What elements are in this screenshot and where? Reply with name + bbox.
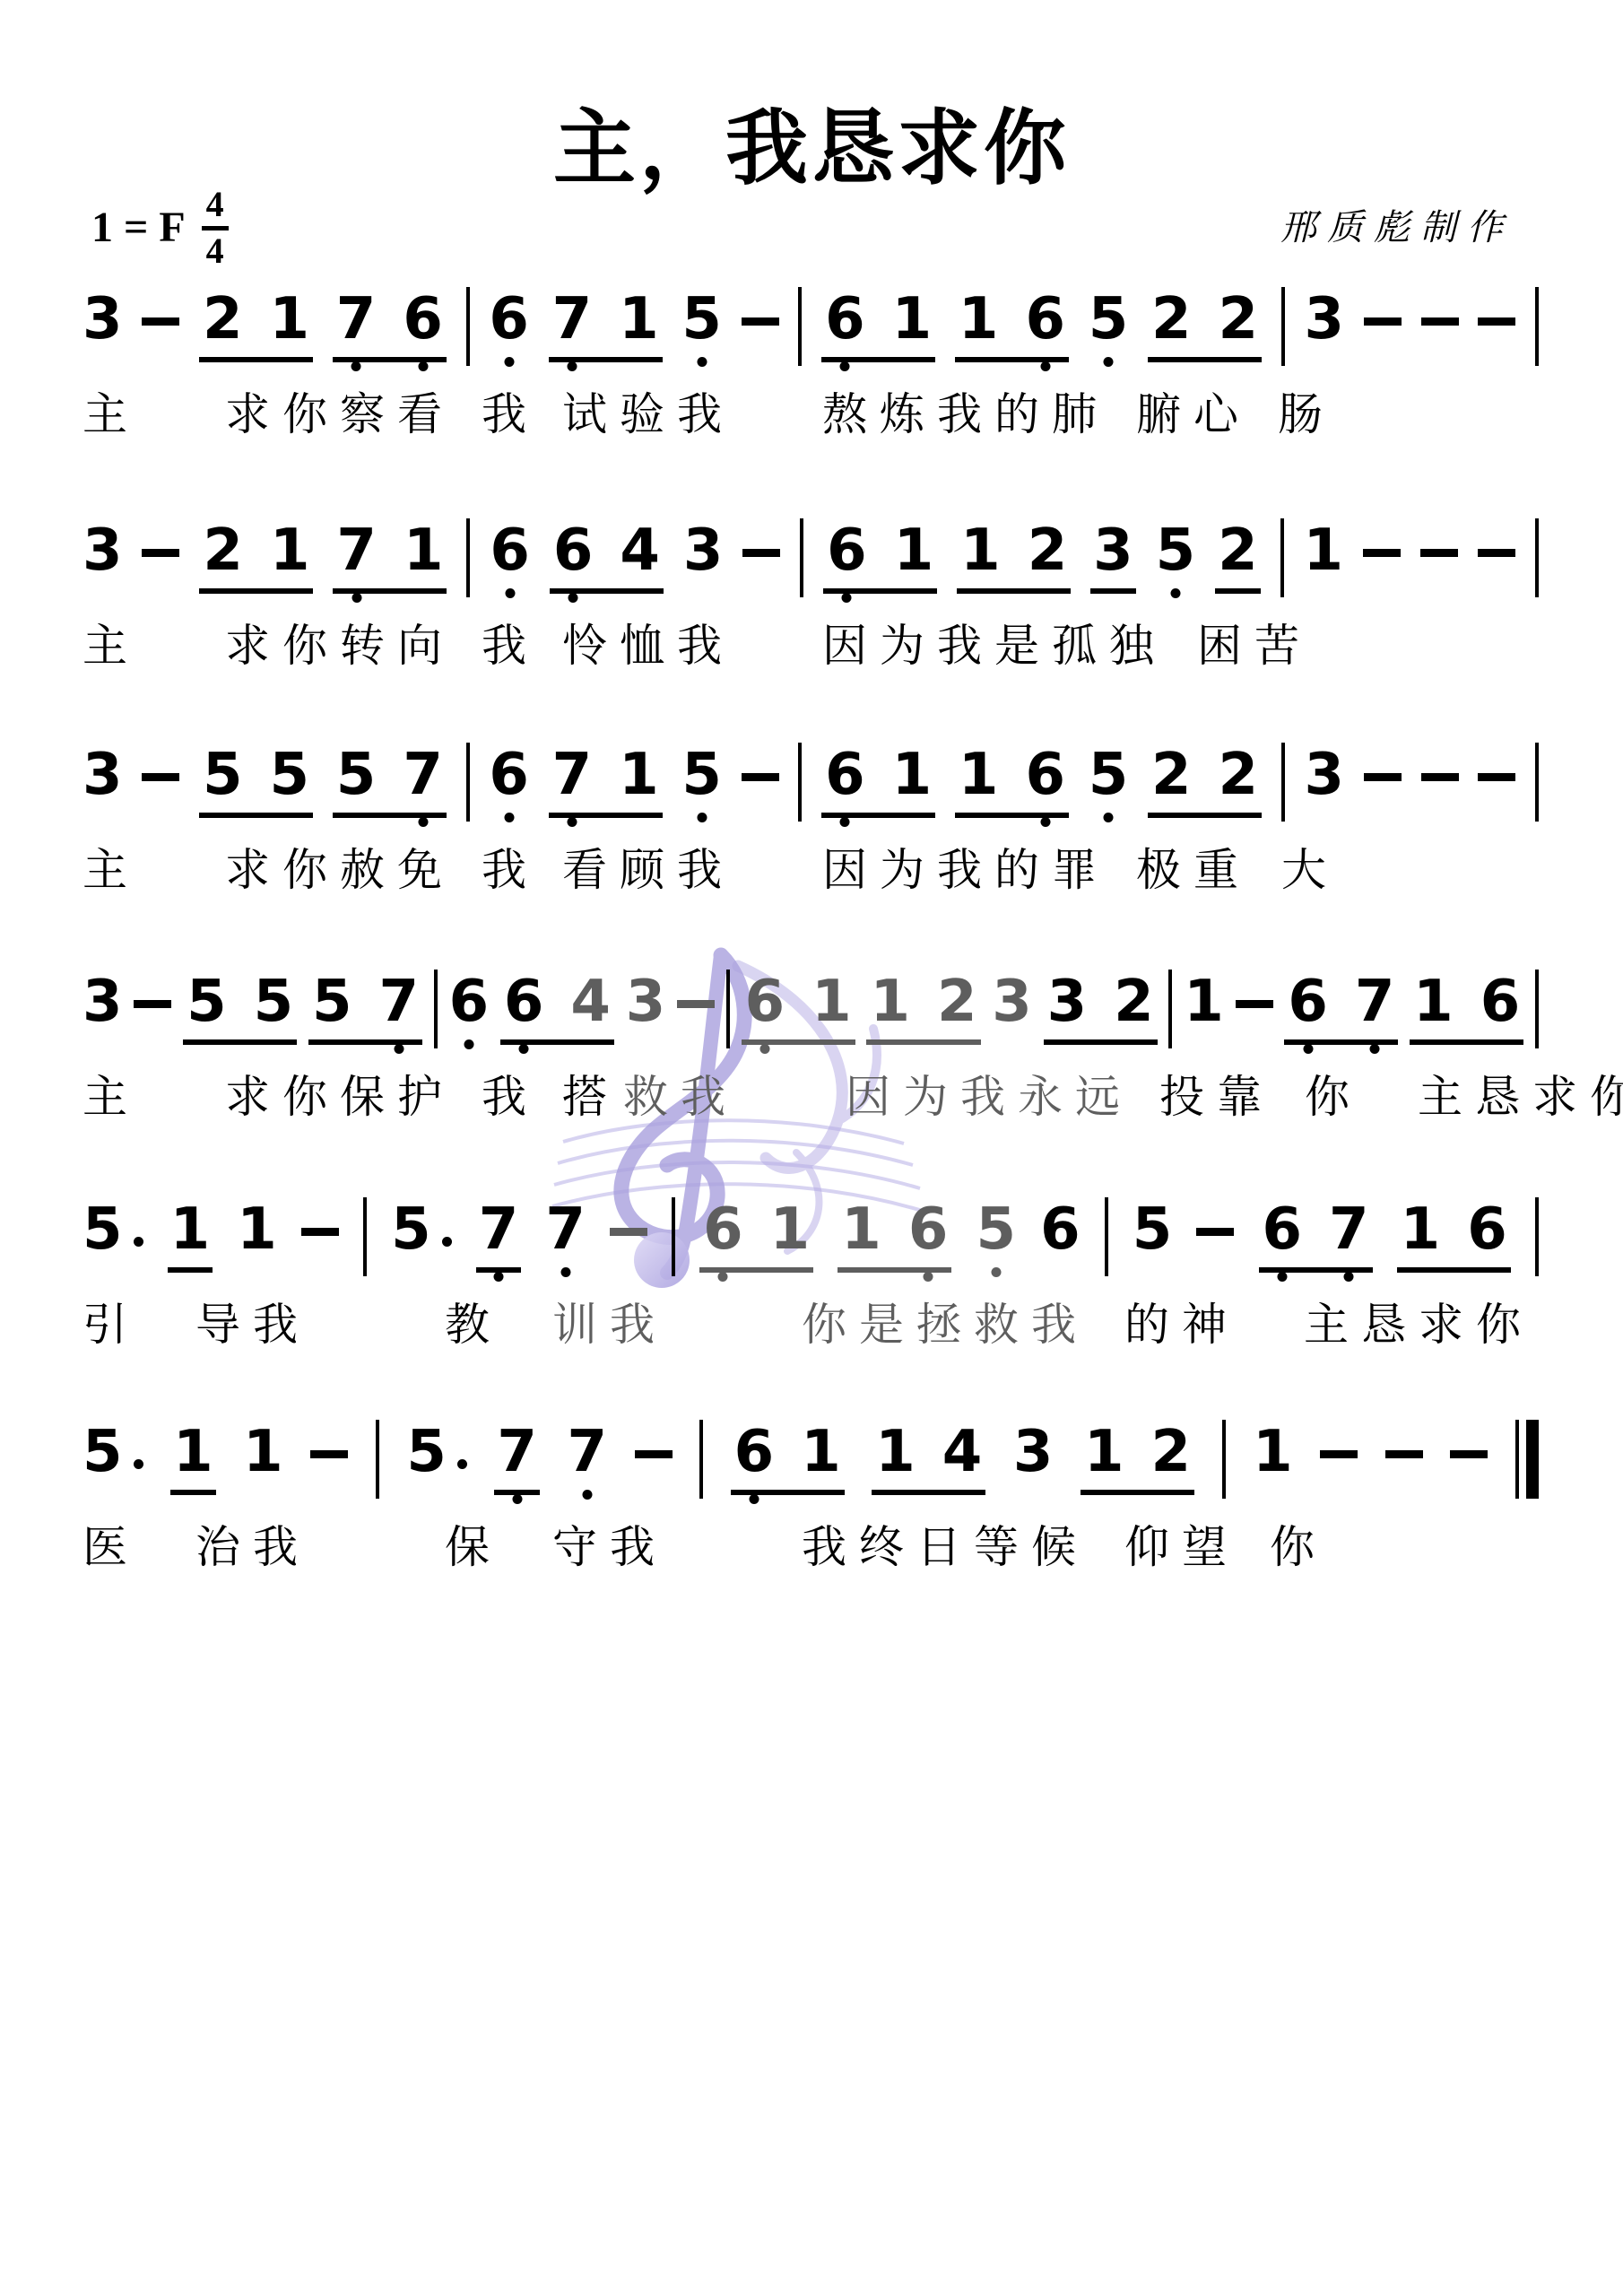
note: 3: [82, 746, 123, 804]
beam-group: 22: [1148, 291, 1262, 362]
note: 2: [1215, 522, 1261, 594]
note: 3: [683, 522, 724, 579]
note-digit: 5: [82, 1201, 123, 1258]
lyric-chunk: 因为我是孤独: [822, 621, 1167, 673]
note: 1: [1304, 522, 1344, 579]
lyric-chunk: 求你转向: [225, 621, 455, 673]
note: 5: [976, 1201, 1016, 1258]
lyric-chunk: 我: [482, 1072, 539, 1124]
barline: [434, 970, 438, 1048]
beam-group: 55: [199, 746, 313, 818]
low-octave-dot: [840, 361, 850, 371]
note: 5: [391, 1201, 452, 1258]
lyric-chunk: 导我: [195, 1300, 310, 1352]
barline: [1281, 743, 1285, 822]
lyrics-row: 医治我保守我我终日等候仰望你: [82, 1522, 1539, 1574]
note: 6: [490, 522, 530, 579]
note-digit: 1: [959, 291, 999, 348]
note-digit: 6: [825, 291, 865, 348]
beam-group: 55: [183, 973, 297, 1045]
duration-dash: [1478, 549, 1515, 557]
sheet-music-page: 主，我恳求你 1 = F 4 4 邢质彪制作 32176671561165223…: [0, 0, 1623, 2296]
note: 6: [449, 973, 490, 1031]
barline: [1281, 287, 1285, 366]
note-digit: 7: [403, 746, 443, 804]
note-digit: 1: [811, 973, 852, 1031]
duration-dash: [1236, 1000, 1273, 1008]
note-digit: 6: [489, 746, 529, 804]
beam-group: 61: [699, 1201, 813, 1273]
note-digit: 7: [567, 1423, 607, 1481]
low-octave-dot: [759, 1044, 769, 1054]
note: 1: [168, 1201, 213, 1273]
lyric-chunk: 训我: [552, 1300, 667, 1352]
lyric-chunk: 投靠: [1159, 1072, 1274, 1124]
barline: [466, 743, 470, 822]
note-digit: 1: [619, 291, 659, 348]
note-digit: 1: [870, 973, 910, 1031]
duration-dash: [134, 1000, 171, 1008]
note-digit: 5: [976, 1201, 1016, 1258]
note-digit: 1: [619, 746, 659, 804]
note-digit: 1: [173, 1423, 213, 1481]
note-digit: 2: [1218, 522, 1258, 579]
note-digit: 1: [894, 522, 934, 579]
note-digit: 7: [336, 291, 377, 348]
key-label: 1 = F: [91, 206, 186, 249]
beam-group: 16: [1397, 1201, 1511, 1273]
duration-dash: [142, 773, 179, 781]
lyric-chunk: 因为我永远: [846, 1072, 1133, 1124]
note-digit: 5: [681, 291, 722, 348]
beam-group: 12: [957, 522, 1071, 594]
note-digit: 1: [960, 522, 1001, 579]
augmentation-dot: [457, 1459, 467, 1469]
note-digit: 6: [1480, 973, 1521, 1031]
note-digit: 7: [497, 1423, 537, 1481]
note-digit: 6: [490, 522, 530, 579]
low-octave-dot: [1040, 817, 1050, 827]
low-octave-dot: [418, 361, 428, 371]
low-octave-dot: [567, 817, 577, 827]
music-line-6: 51157761143121医治我保守我我终日等候仰望你: [82, 1423, 1539, 1574]
note-digit: 5: [1089, 291, 1129, 348]
note: 5: [1156, 522, 1196, 579]
note: 7: [494, 1423, 540, 1495]
note: 6: [489, 746, 529, 804]
note-digit: 1: [1253, 1423, 1293, 1481]
note-digit: 5: [406, 1423, 447, 1481]
note-digit: 6: [734, 1423, 775, 1481]
beam-group: 14: [872, 1423, 985, 1495]
note-digit: 6: [403, 291, 443, 348]
note: 3: [626, 973, 666, 1031]
note-digit: 5: [391, 1201, 431, 1258]
duration-dash: [301, 1228, 339, 1236]
beam-group: 12: [866, 973, 980, 1045]
note-digit: 3: [1047, 973, 1088, 1031]
lyric-chunk: 求你赦免: [225, 845, 455, 897]
note-digit: 6: [1040, 1201, 1081, 1258]
duration-dash: [1385, 1450, 1423, 1458]
low-octave-dot: [493, 1272, 503, 1282]
note-digit: 1: [801, 1423, 841, 1481]
lyric-chunk: 救我: [623, 1072, 738, 1124]
lyric-chunk: 引: [82, 1300, 140, 1352]
low-octave-dot: [1303, 1044, 1313, 1054]
duration-dash: [742, 773, 779, 781]
low-octave-dot: [352, 361, 361, 371]
note-digit: 4: [570, 973, 611, 1031]
note-digit: 1: [1304, 522, 1344, 579]
song-title: 主，我恳求你: [0, 83, 1623, 201]
beam-group: 67: [1259, 1201, 1373, 1273]
final-barline: [1515, 1420, 1539, 1499]
lyric-chunk: 医: [82, 1522, 140, 1574]
beam-group: 64: [550, 522, 664, 594]
lyric-chunk: 主: [82, 621, 140, 673]
duration-dash: [1421, 773, 1459, 781]
low-octave-dot: [924, 1272, 933, 1282]
note: 3: [1305, 746, 1345, 804]
note: 5: [1133, 1201, 1173, 1258]
lyric-chunk: 保: [445, 1522, 502, 1574]
barline: [800, 518, 803, 597]
duration-dash: [742, 317, 779, 326]
barline: [1280, 518, 1284, 597]
note-digit: 5: [187, 973, 227, 1031]
note-digit: 6: [908, 1201, 949, 1258]
beam-group: 61: [731, 1423, 845, 1495]
note-digit: 6: [1467, 1201, 1507, 1258]
note-digit: 2: [1151, 746, 1192, 804]
low-octave-dot: [560, 1267, 570, 1277]
beam-group: 76: [333, 291, 447, 362]
note-digit: 2: [937, 973, 977, 1031]
low-octave-dot: [1103, 813, 1113, 822]
note-digit: 1: [959, 746, 999, 804]
beam-group: 16: [955, 291, 1069, 362]
low-octave-dot: [519, 1044, 529, 1054]
beam-group: 32: [1044, 973, 1158, 1045]
lyric-chunk: 熬炼我的肺: [822, 389, 1109, 441]
beam-group: 57: [333, 746, 447, 818]
low-octave-dot: [512, 1494, 522, 1504]
note-digit: 1: [1401, 1201, 1441, 1258]
note: 3: [82, 291, 123, 348]
note: 1: [1253, 1423, 1293, 1481]
note-digit: 1: [875, 1423, 916, 1481]
barline: [466, 518, 470, 597]
barline: [798, 287, 802, 366]
note-digit: 4: [942, 1423, 983, 1481]
note-digit: 3: [1093, 522, 1133, 579]
notes-row: 51157761165656716: [82, 1201, 1539, 1276]
note-digit: 4: [620, 522, 660, 579]
note-digit: 2: [203, 522, 243, 579]
note: 3: [992, 973, 1032, 1031]
final-barline-thick: [1526, 1420, 1539, 1499]
note-digit: 6: [553, 522, 594, 579]
lyric-chunk: 求你保护: [225, 1072, 455, 1124]
note-digit: 7: [1329, 1201, 1369, 1258]
beam-group: 61: [742, 973, 855, 1045]
lyric-chunk: 搭: [562, 1072, 620, 1124]
lyric-chunk: 守我: [552, 1522, 667, 1574]
lyric-chunk: 我: [482, 621, 539, 673]
barline: [672, 1197, 675, 1276]
time-signature-numerator: 4: [202, 187, 229, 230]
beam-group: 16: [1410, 973, 1523, 1045]
barline: [466, 287, 470, 366]
duration-dash: [1478, 773, 1515, 781]
low-octave-dot: [464, 1039, 473, 1049]
note-digit: 6: [1025, 291, 1065, 348]
note-digit: 6: [827, 522, 867, 579]
duration-dash: [635, 1450, 673, 1458]
beam-group: 16: [955, 746, 1069, 818]
barline: [798, 743, 802, 822]
note: 6: [1040, 1201, 1081, 1258]
barline: [1535, 1197, 1539, 1276]
low-octave-dot: [718, 1272, 728, 1282]
note-digit: 5: [1133, 1201, 1173, 1258]
note-digit: 5: [270, 746, 310, 804]
barline: [1168, 970, 1172, 1048]
low-octave-dot: [840, 817, 850, 827]
note-digit: 1: [237, 1201, 277, 1258]
beam-group: 21: [199, 291, 313, 362]
note-digit: 3: [1305, 746, 1345, 804]
notes-row: 51157761143121: [82, 1423, 1539, 1499]
music-line-3: 35557671561165223主求你赦免我看顾我因为我的罪极重大: [82, 746, 1539, 897]
lyric-chunk: 仰望: [1124, 1522, 1239, 1574]
lyric-chunk: 极重: [1136, 845, 1251, 897]
note: 5: [82, 1201, 143, 1258]
notes-row: 32176671561165223: [82, 291, 1539, 366]
low-octave-dot: [394, 1044, 404, 1054]
arranger-credit: 邢质彪制作: [1280, 199, 1514, 250]
barline: [1535, 743, 1539, 822]
beam-group: 57: [308, 973, 422, 1045]
note-digit: 3: [82, 522, 123, 579]
note-digit: 1: [892, 291, 933, 348]
note-digit: 2: [203, 291, 243, 348]
lyric-chunk: 你是拯救我: [802, 1300, 1089, 1352]
note: 3: [82, 973, 123, 1031]
duration-dash: [142, 317, 179, 326]
low-octave-dot: [749, 1494, 759, 1504]
beam-group: 67: [1284, 973, 1398, 1045]
time-signature-denominator: 4: [206, 230, 224, 270]
note: 5: [406, 1423, 467, 1481]
note-digit: 7: [378, 973, 419, 1031]
notes-row: 355576643611233216716: [82, 973, 1539, 1048]
notes-row: 32171664361123521: [82, 522, 1539, 597]
lyric-chunk: 肠: [1278, 389, 1335, 441]
note-digit: 1: [892, 746, 933, 804]
lyric-chunk: 主恳求你: [1304, 1300, 1533, 1352]
lyric-chunk: 大: [1281, 845, 1339, 897]
lyric-chunk: 我: [482, 389, 539, 441]
note-digit: 6: [504, 973, 544, 1031]
note-digit: 7: [336, 522, 377, 579]
lyric-chunk: 因为我的罪: [822, 845, 1109, 897]
note-digit: 5: [312, 973, 352, 1031]
note-digit: 5: [336, 746, 377, 804]
augmentation-dot: [134, 1237, 143, 1247]
augmentation-dot: [134, 1459, 143, 1469]
note-digit: 3: [82, 291, 123, 348]
note-digit: 3: [82, 973, 123, 1031]
note-digit: 3: [1305, 291, 1345, 348]
lyric-chunk: 试验我: [562, 389, 734, 441]
note-digit: 1: [404, 522, 444, 579]
lyric-chunk: 主: [82, 845, 140, 897]
lyric-chunk: 我终日等候: [802, 1522, 1089, 1574]
note-digit: 5: [203, 746, 243, 804]
note-digit: 5: [1156, 522, 1196, 579]
beam-group: 71: [549, 746, 663, 818]
note-digit: 1: [243, 1423, 283, 1481]
note-digit: 2: [1150, 1423, 1191, 1481]
note-digit: 6: [449, 973, 490, 1031]
duration-dash: [1421, 317, 1459, 326]
note: 7: [545, 1201, 586, 1258]
note-digit: 7: [552, 746, 593, 804]
low-octave-dot: [991, 1267, 1001, 1277]
beam-group: 21: [199, 522, 313, 594]
note-digit: 5: [82, 1423, 123, 1481]
beam-group: 61: [821, 291, 935, 362]
note-digit: 3: [82, 746, 123, 804]
lyric-chunk: 求你察看: [225, 389, 455, 441]
low-octave-dot: [567, 361, 577, 371]
lyrics-row: 引导我教训我你是拯救我的神主恳求你: [82, 1300, 1539, 1352]
note: 5: [1089, 746, 1129, 804]
beam-group: 16: [838, 1201, 951, 1273]
duration-dash: [1364, 317, 1402, 326]
low-octave-dot: [505, 588, 515, 598]
note: 5: [681, 291, 722, 348]
low-octave-dot: [1277, 1272, 1287, 1282]
lyric-chunk: 治我: [195, 1522, 310, 1574]
music-line-4: 355576643611233216716主求你保护我搭救我因为我永远投靠你主恳…: [82, 973, 1539, 1124]
lyric-chunk: 腑心: [1136, 389, 1251, 441]
note-digit: 1: [1413, 973, 1454, 1031]
duration-dash: [1450, 1450, 1488, 1458]
music-line-1: 32176671561165223主求你察看我试验我熬炼我的肺腑心肠: [82, 291, 1539, 441]
music-line-5: 51157761165656716引导我教训我你是拯救我的神主恳求你: [82, 1201, 1539, 1352]
low-octave-dot: [1170, 588, 1180, 598]
note-digit: 3: [626, 973, 666, 1031]
lyric-chunk: 主恳求你: [1418, 1072, 1623, 1124]
note-digit: 3: [992, 973, 1032, 1031]
time-signature: 4 4: [202, 187, 229, 270]
note-digit: 1: [270, 522, 310, 579]
low-octave-dot: [418, 817, 428, 827]
note: 7: [567, 1423, 607, 1481]
note-digit: 6: [825, 746, 865, 804]
beam-group: 71: [333, 522, 447, 594]
low-octave-dot: [352, 593, 361, 603]
note-digit: 7: [479, 1201, 519, 1258]
augmentation-dot: [442, 1237, 452, 1247]
music-line-2: 32171664361123521主求你转向我怜恤我因为我是孤独困苦: [82, 522, 1539, 673]
duration-dash: [1363, 549, 1401, 557]
barline: [1105, 1197, 1108, 1276]
lyric-chunk: 我: [482, 845, 539, 897]
note-digit: 6: [1288, 973, 1328, 1031]
note-digit: 1: [770, 1201, 811, 1258]
note-digit: 6: [1025, 746, 1065, 804]
barline: [726, 970, 730, 1048]
barline: [376, 1420, 379, 1499]
low-octave-dot: [568, 593, 578, 603]
note-digit: 1: [170, 1201, 211, 1258]
beam-group: 61: [821, 746, 935, 818]
note: 1: [170, 1423, 216, 1495]
low-octave-dot: [504, 357, 514, 367]
beam-group: 64: [500, 973, 614, 1045]
note-digit: 3: [683, 522, 724, 579]
lyric-chunk: 你: [1270, 1522, 1327, 1574]
note-digit: 6: [703, 1201, 743, 1258]
note-digit: 2: [1114, 973, 1154, 1031]
note-digit: 1: [270, 291, 310, 348]
lyrics-row: 主求你赦免我看顾我因为我的罪极重大: [82, 845, 1539, 897]
beam-group: 61: [823, 522, 937, 594]
low-octave-dot: [842, 593, 852, 603]
duration-dash: [142, 549, 179, 557]
beam-group: 22: [1148, 746, 1262, 818]
low-octave-dot: [1040, 361, 1050, 371]
note-digit: 5: [681, 746, 722, 804]
note-digit: 2: [1219, 291, 1259, 348]
duration-dash: [310, 1450, 348, 1458]
barline: [1535, 287, 1539, 366]
note: 5: [82, 1423, 143, 1481]
note-digit: 6: [745, 973, 785, 1031]
lyric-chunk: 困苦: [1197, 621, 1312, 673]
note-digit: 1: [1084, 1423, 1124, 1481]
note-digit: 2: [1028, 522, 1068, 579]
duration-dash: [1478, 317, 1515, 326]
note: 1: [1184, 973, 1224, 1031]
low-octave-dot: [697, 813, 707, 822]
key-signature: 1 = F 4 4: [91, 187, 229, 270]
note-digit: 6: [1263, 1201, 1303, 1258]
note: 6: [489, 291, 529, 348]
note-digit: 1: [841, 1201, 881, 1258]
note: 5: [681, 746, 722, 804]
beam-group: 71: [549, 291, 663, 362]
lyric-chunk: 看顾我: [562, 845, 734, 897]
duration-dash: [610, 1228, 647, 1236]
lyric-chunk: 你: [1305, 1072, 1362, 1124]
note: 7: [476, 1201, 522, 1273]
duration-dash: [1320, 1450, 1358, 1458]
note-digit: 2: [1151, 291, 1192, 348]
note-digit: 2: [1219, 746, 1259, 804]
low-octave-dot: [697, 357, 707, 367]
barline: [1535, 518, 1539, 597]
barline: [363, 1197, 367, 1276]
lyrics-row: 主求你保护我搭救我因为我永远投靠你主恳求你: [82, 1072, 1539, 1124]
note: 5: [1089, 291, 1129, 348]
duration-dash: [1420, 549, 1458, 557]
note: 3: [1305, 291, 1345, 348]
